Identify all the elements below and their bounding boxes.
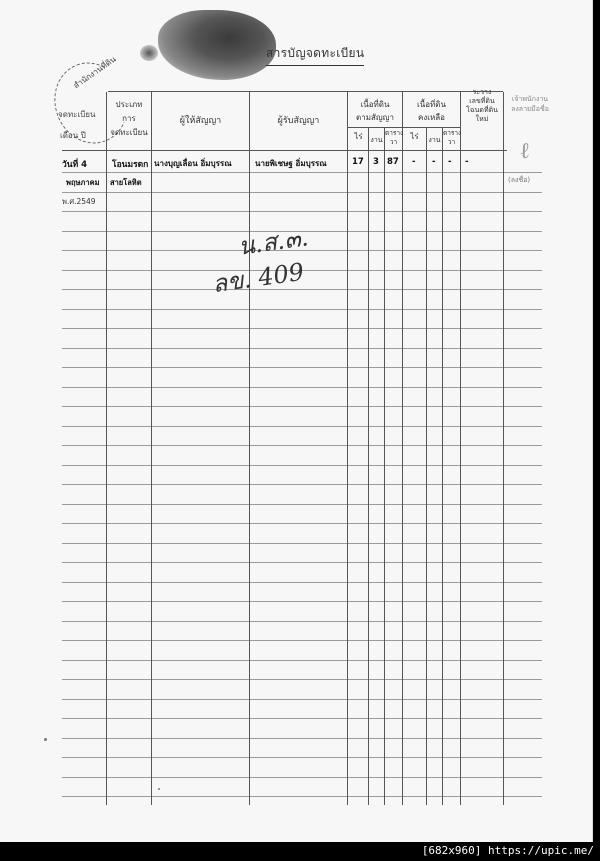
ruled-line bbox=[62, 562, 542, 563]
col-divider-rai2 bbox=[426, 128, 427, 805]
watermark-bar: [682x960] https://upic.me/ bbox=[0, 842, 600, 861]
row-area-rai: 17 bbox=[352, 157, 364, 167]
ruled-line bbox=[62, 582, 542, 583]
col-divider-date bbox=[106, 92, 107, 805]
header-line: เจ้าพนักงาน bbox=[505, 94, 555, 104]
col-divider-ngan2 bbox=[442, 128, 443, 805]
header-line: เลขที่ดิน bbox=[461, 97, 503, 106]
row-remaining-rai: - bbox=[412, 157, 416, 167]
header-grantee: ผู้รับสัญญา bbox=[250, 116, 347, 126]
row-date-year: พ.ศ.2549 bbox=[62, 196, 96, 208]
scanned-document-page: สารบัญจดทะเบียน สำนักงานที่ดิน จดทะเบียน… bbox=[0, 0, 593, 842]
ruled-line bbox=[62, 426, 542, 427]
scan-speck bbox=[44, 738, 47, 741]
header-line: ระวาง bbox=[461, 88, 503, 97]
col-divider-area-remaining bbox=[460, 92, 461, 805]
col-divider-ngan bbox=[384, 128, 385, 805]
row-remaining-wa: - bbox=[448, 157, 452, 167]
ruled-line bbox=[62, 309, 542, 310]
ink-smudge-small bbox=[140, 45, 158, 61]
header-new-deed: ระวาง เลขที่ดิน โฉนดที่ดิน ใหม่ bbox=[461, 88, 503, 124]
header-unit-wa: ตาราง วา bbox=[385, 129, 402, 147]
col-divider-new-deed bbox=[503, 92, 504, 805]
document-title: สารบัญจดทะเบียน bbox=[266, 44, 364, 66]
ruled-line bbox=[62, 387, 542, 388]
row-remaining-ngan: - bbox=[432, 157, 436, 167]
row-area-ngan: 3 bbox=[373, 157, 379, 167]
ruled-line bbox=[62, 796, 542, 797]
ruled-line bbox=[62, 679, 542, 680]
header-line: วา bbox=[385, 138, 402, 147]
ruled-line bbox=[62, 445, 542, 446]
row-date-day: วันที่ 4 bbox=[62, 157, 87, 171]
ruled-line bbox=[62, 660, 542, 661]
ruled-line bbox=[62, 406, 542, 407]
header-line: ตาราง bbox=[385, 129, 402, 138]
header-line: ใหม่ bbox=[461, 115, 503, 124]
ruled-line bbox=[62, 328, 542, 329]
ruled-line bbox=[62, 504, 542, 505]
row-reg-type-1: โอนมรดก bbox=[112, 157, 148, 171]
row-reg-type-2: สายโลหิต bbox=[110, 177, 142, 189]
header-line: การ bbox=[108, 114, 150, 124]
ruled-line bbox=[62, 640, 542, 641]
col-divider-type bbox=[151, 92, 152, 805]
table-top-border bbox=[108, 91, 503, 92]
header-line: จดทะเบียน bbox=[108, 128, 150, 138]
header-line: คงเหลือ bbox=[403, 113, 460, 123]
header-line: วา bbox=[443, 138, 460, 147]
stamp-text-bottom: เดือน ปี bbox=[60, 129, 86, 142]
col-divider-area-contract bbox=[402, 92, 403, 805]
header-line: โฉนดที่ดิน bbox=[461, 106, 503, 115]
official-signature-mark: ℓ bbox=[518, 137, 531, 164]
row-grantor: นางบุญเลื่อน อิ่มบุรรณ bbox=[154, 157, 232, 170]
ruled-line bbox=[62, 465, 542, 466]
col-divider-grantor bbox=[249, 92, 250, 805]
header-reg-type: ประเภท การ จดทะเบียน bbox=[108, 100, 150, 138]
header-area-remaining: เนื้อที่ดิน คงเหลือ bbox=[403, 100, 460, 123]
header-line: เนื้อที่ดิน bbox=[348, 100, 402, 110]
stamp-text-mid: จดทะเบียน bbox=[58, 108, 95, 121]
header-bottom-border bbox=[62, 150, 507, 151]
header-unit-ngan: งาน bbox=[369, 135, 384, 145]
ruled-line bbox=[62, 367, 542, 368]
ruled-line bbox=[62, 523, 542, 524]
row-grantee: นายพิเชษฐ อิ่มบุรรณ bbox=[255, 157, 327, 170]
header-unit-wa-2: ตาราง วา bbox=[443, 129, 460, 147]
ruled-line bbox=[62, 172, 542, 173]
header-official: เจ้าพนักงาน ลงลายมือชื่อ bbox=[505, 94, 555, 114]
ruled-line bbox=[62, 738, 542, 739]
ruled-line bbox=[62, 484, 542, 485]
col-divider-rai bbox=[368, 128, 369, 805]
ruled-line bbox=[62, 211, 542, 212]
header-grantor: ผู้ให้สัญญา bbox=[152, 116, 249, 126]
ruled-line bbox=[62, 543, 542, 544]
header-unit-rai-2: ไร่ bbox=[403, 132, 426, 142]
header-line: ประเภท bbox=[108, 100, 150, 110]
header-line: เนื้อที่ดิน bbox=[403, 100, 460, 110]
header-unit-rai: ไร่ bbox=[349, 132, 368, 142]
row-area-wa: 87 bbox=[387, 157, 399, 167]
ink-smudge bbox=[158, 10, 276, 80]
ruled-line bbox=[62, 348, 542, 349]
handwritten-note-line2: ลข. 409 bbox=[210, 252, 307, 303]
col-divider-grantee bbox=[347, 92, 348, 805]
ruled-line bbox=[62, 621, 542, 622]
scan-speck bbox=[158, 788, 160, 790]
watermark-text: [682x960] https://upic.me/ bbox=[422, 844, 594, 857]
ruled-line bbox=[62, 192, 542, 193]
row-date-month: พฤษภาคม bbox=[66, 177, 100, 189]
ruled-line bbox=[62, 601, 542, 602]
row-official-signature: (ลงชื่อ) bbox=[508, 175, 530, 186]
header-line: ตาราง bbox=[443, 129, 460, 138]
header-line: ลงลายมือชื่อ bbox=[505, 104, 555, 114]
ruled-line bbox=[62, 699, 542, 700]
header-line: ตามสัญญา bbox=[348, 113, 402, 123]
header-area-contract: เนื้อที่ดิน ตามสัญญา bbox=[348, 100, 402, 123]
row-new-deed: - bbox=[465, 157, 469, 167]
header-unit-ngan-2: งาน bbox=[427, 135, 442, 145]
ruled-line bbox=[62, 757, 542, 758]
ruled-line bbox=[62, 718, 542, 719]
ruled-line bbox=[62, 777, 542, 778]
